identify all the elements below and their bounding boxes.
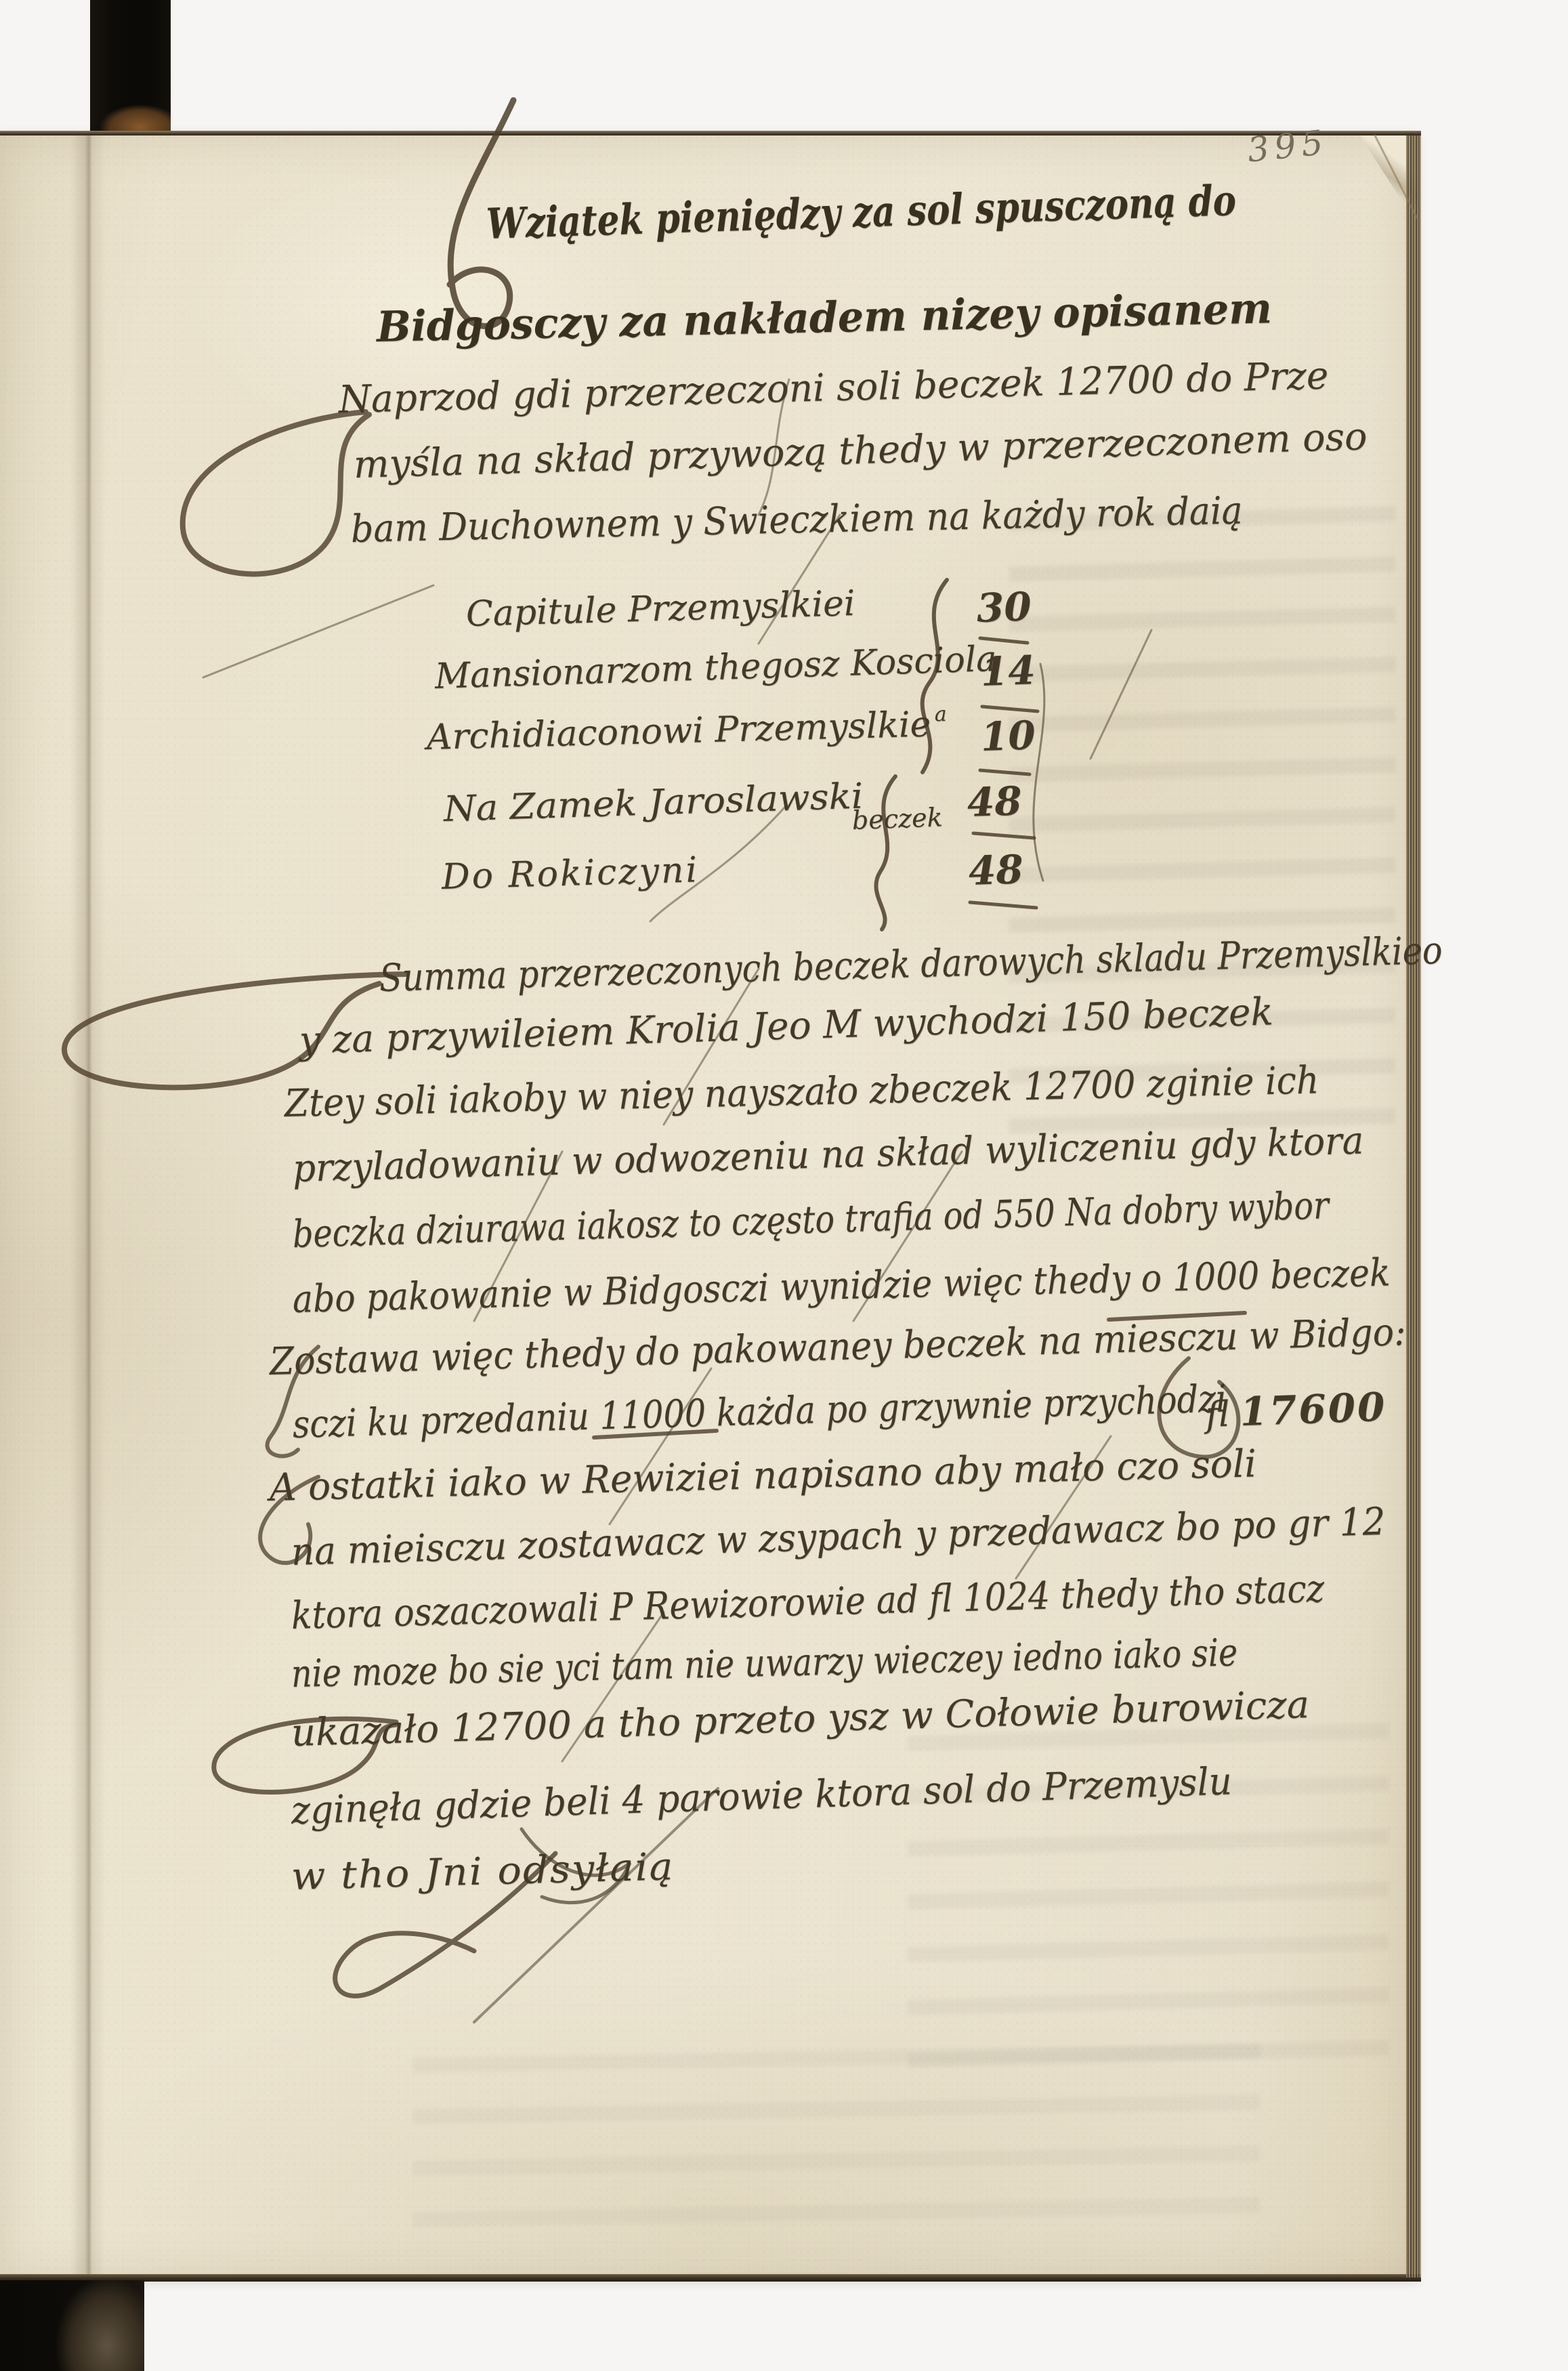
allocation-value: 48: [967, 780, 1023, 824]
allocation-unit: beczek: [851, 804, 943, 835]
manuscript-scan: 395 Wziątek pieniędzy za sol spusczoną d…: [0, 0, 1568, 2371]
margin-amount-value: 17600: [1239, 1384, 1387, 1435]
allocation-value: 14: [980, 650, 1036, 693]
folio-number: 395: [1246, 125, 1330, 169]
binding-strap-bottom: [0, 2280, 144, 2371]
allocation-value: 30: [976, 586, 1032, 629]
margin-amount: fl17600: [1205, 1387, 1387, 1434]
page-top-edge: [0, 131, 1421, 135]
binding-strap-top: [90, 0, 171, 135]
page-bottom-edge: [0, 2274, 1421, 2282]
florin-mark: fl: [1205, 1394, 1230, 1435]
page-edge-stack: [1406, 135, 1421, 2278]
body-line: w tho Jni odsyłaią: [291, 1847, 675, 1897]
gutter-crease: [70, 133, 106, 2280]
allocation-value: 10: [980, 715, 1036, 758]
allocation-label: Do Rokiczyni: [441, 852, 700, 896]
superscript-correction: a: [934, 702, 947, 726]
allocation-value: 48: [968, 849, 1024, 892]
